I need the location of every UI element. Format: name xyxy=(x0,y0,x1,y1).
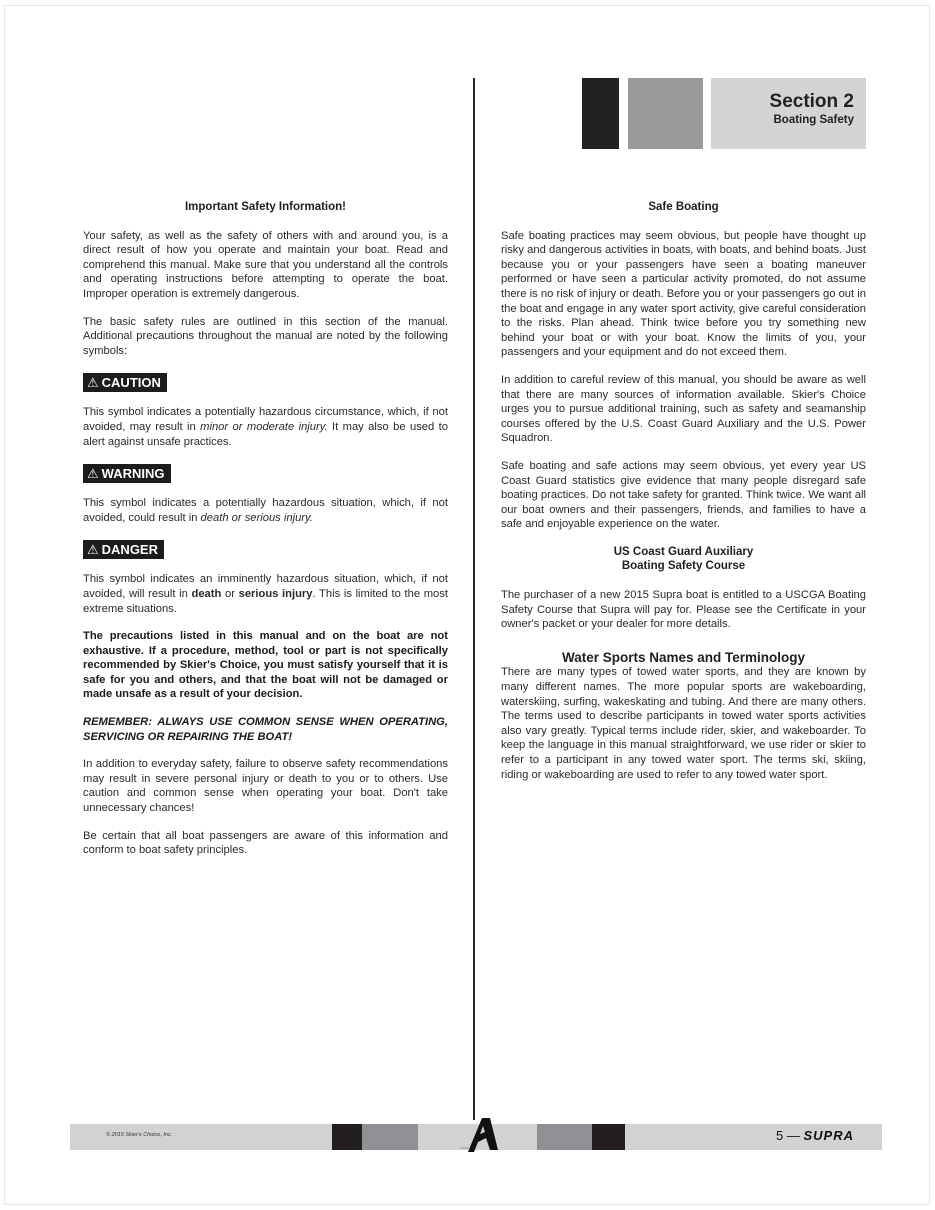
safe-boating-paragraph-2: In addition to careful review of this ma… xyxy=(501,373,866,446)
water-sports-heading: Water Sports Names and Terminology xyxy=(501,651,866,666)
everyday-safety-paragraph: In addition to everyday safety, failure … xyxy=(83,757,448,815)
caution-paragraph: This symbol indicates a potentially haza… xyxy=(83,405,448,449)
footer-block-gray-left xyxy=(362,1124,418,1150)
right-column: Safe Boating Safe boating practices may … xyxy=(501,200,866,795)
uscg-heading-line-2: Boating Safety Course xyxy=(501,559,866,574)
caution-emphasis: minor or moderate injury. xyxy=(200,421,327,433)
warning-label: WARNING xyxy=(102,466,165,481)
caution-badge: ⚠CAUTION xyxy=(83,373,167,392)
section-tab-gray xyxy=(628,78,703,149)
section-subtitle: Boating Safety xyxy=(711,113,854,127)
important-safety-heading: Important Safety Information! xyxy=(83,200,448,215)
uscg-course-paragraph: The purchaser of a new 2015 Supra boat i… xyxy=(501,588,866,632)
danger-text-mid: or xyxy=(221,588,238,600)
danger-bold-death: death xyxy=(192,588,222,600)
section-title: Section 2 xyxy=(711,91,854,113)
warning-paragraph: This symbol indicates a potentially haza… xyxy=(83,496,448,525)
footer-block-dark-left xyxy=(332,1124,362,1150)
page-number-value: 5 xyxy=(776,1128,783,1143)
section-header: Section 2 Boating Safety xyxy=(711,78,866,149)
warning-triangle-icon: ⚠ xyxy=(87,541,99,558)
footer-block-dark-right xyxy=(592,1124,625,1150)
safe-boating-paragraph-1: Safe boating practices may seem obvious,… xyxy=(501,229,866,360)
column-divider xyxy=(473,78,475,1120)
danger-label: DANGER xyxy=(102,542,158,557)
rules-paragraph: The basic safety rules are outlined in t… xyxy=(83,315,448,359)
warning-badge: ⚠WARNING xyxy=(83,464,171,483)
precautions-paragraph: The precautions listed in this manual an… xyxy=(83,629,448,702)
warning-emphasis: death or serious injury. xyxy=(201,512,313,524)
uscg-heading: US Coast Guard Auxiliary Boating Safety … xyxy=(501,545,866,574)
intro-paragraph: Your safety, as well as the safety of ot… xyxy=(83,229,448,302)
warning-triangle-icon: ⚠ xyxy=(87,374,99,391)
section-tab-dark xyxy=(582,78,619,149)
passengers-paragraph: Be certain that all boat passengers are … xyxy=(83,829,448,858)
supra-logo-icon xyxy=(460,1112,500,1156)
page-separator: — xyxy=(787,1128,800,1143)
left-column: Important Safety Information! Your safet… xyxy=(83,200,448,871)
danger-badge: ⚠DANGER xyxy=(83,540,164,559)
page-number: 5 — SUPRA xyxy=(776,1128,854,1143)
water-sports-paragraph: There are many types of towed water spor… xyxy=(501,665,866,782)
danger-bold-injury: serious injury xyxy=(239,588,313,600)
copyright: © 2015 Skier's Choice, Inc. xyxy=(106,1132,172,1138)
danger-paragraph: This symbol indicates an imminently haza… xyxy=(83,572,448,616)
safe-boating-paragraph-3: Safe boating and safe actions may seem o… xyxy=(501,459,866,532)
caution-label: CAUTION xyxy=(102,375,161,390)
safe-boating-heading: Safe Boating xyxy=(501,200,866,215)
remember-paragraph: REMEMBER: ALWAYS USE COMMON SENSE WHEN O… xyxy=(83,715,448,744)
warning-triangle-icon: ⚠ xyxy=(87,465,99,482)
uscg-heading-line-1: US Coast Guard Auxiliary xyxy=(501,545,866,560)
brand-wordmark: SUPRA xyxy=(803,1128,854,1143)
footer-block-gray-right xyxy=(537,1124,592,1150)
